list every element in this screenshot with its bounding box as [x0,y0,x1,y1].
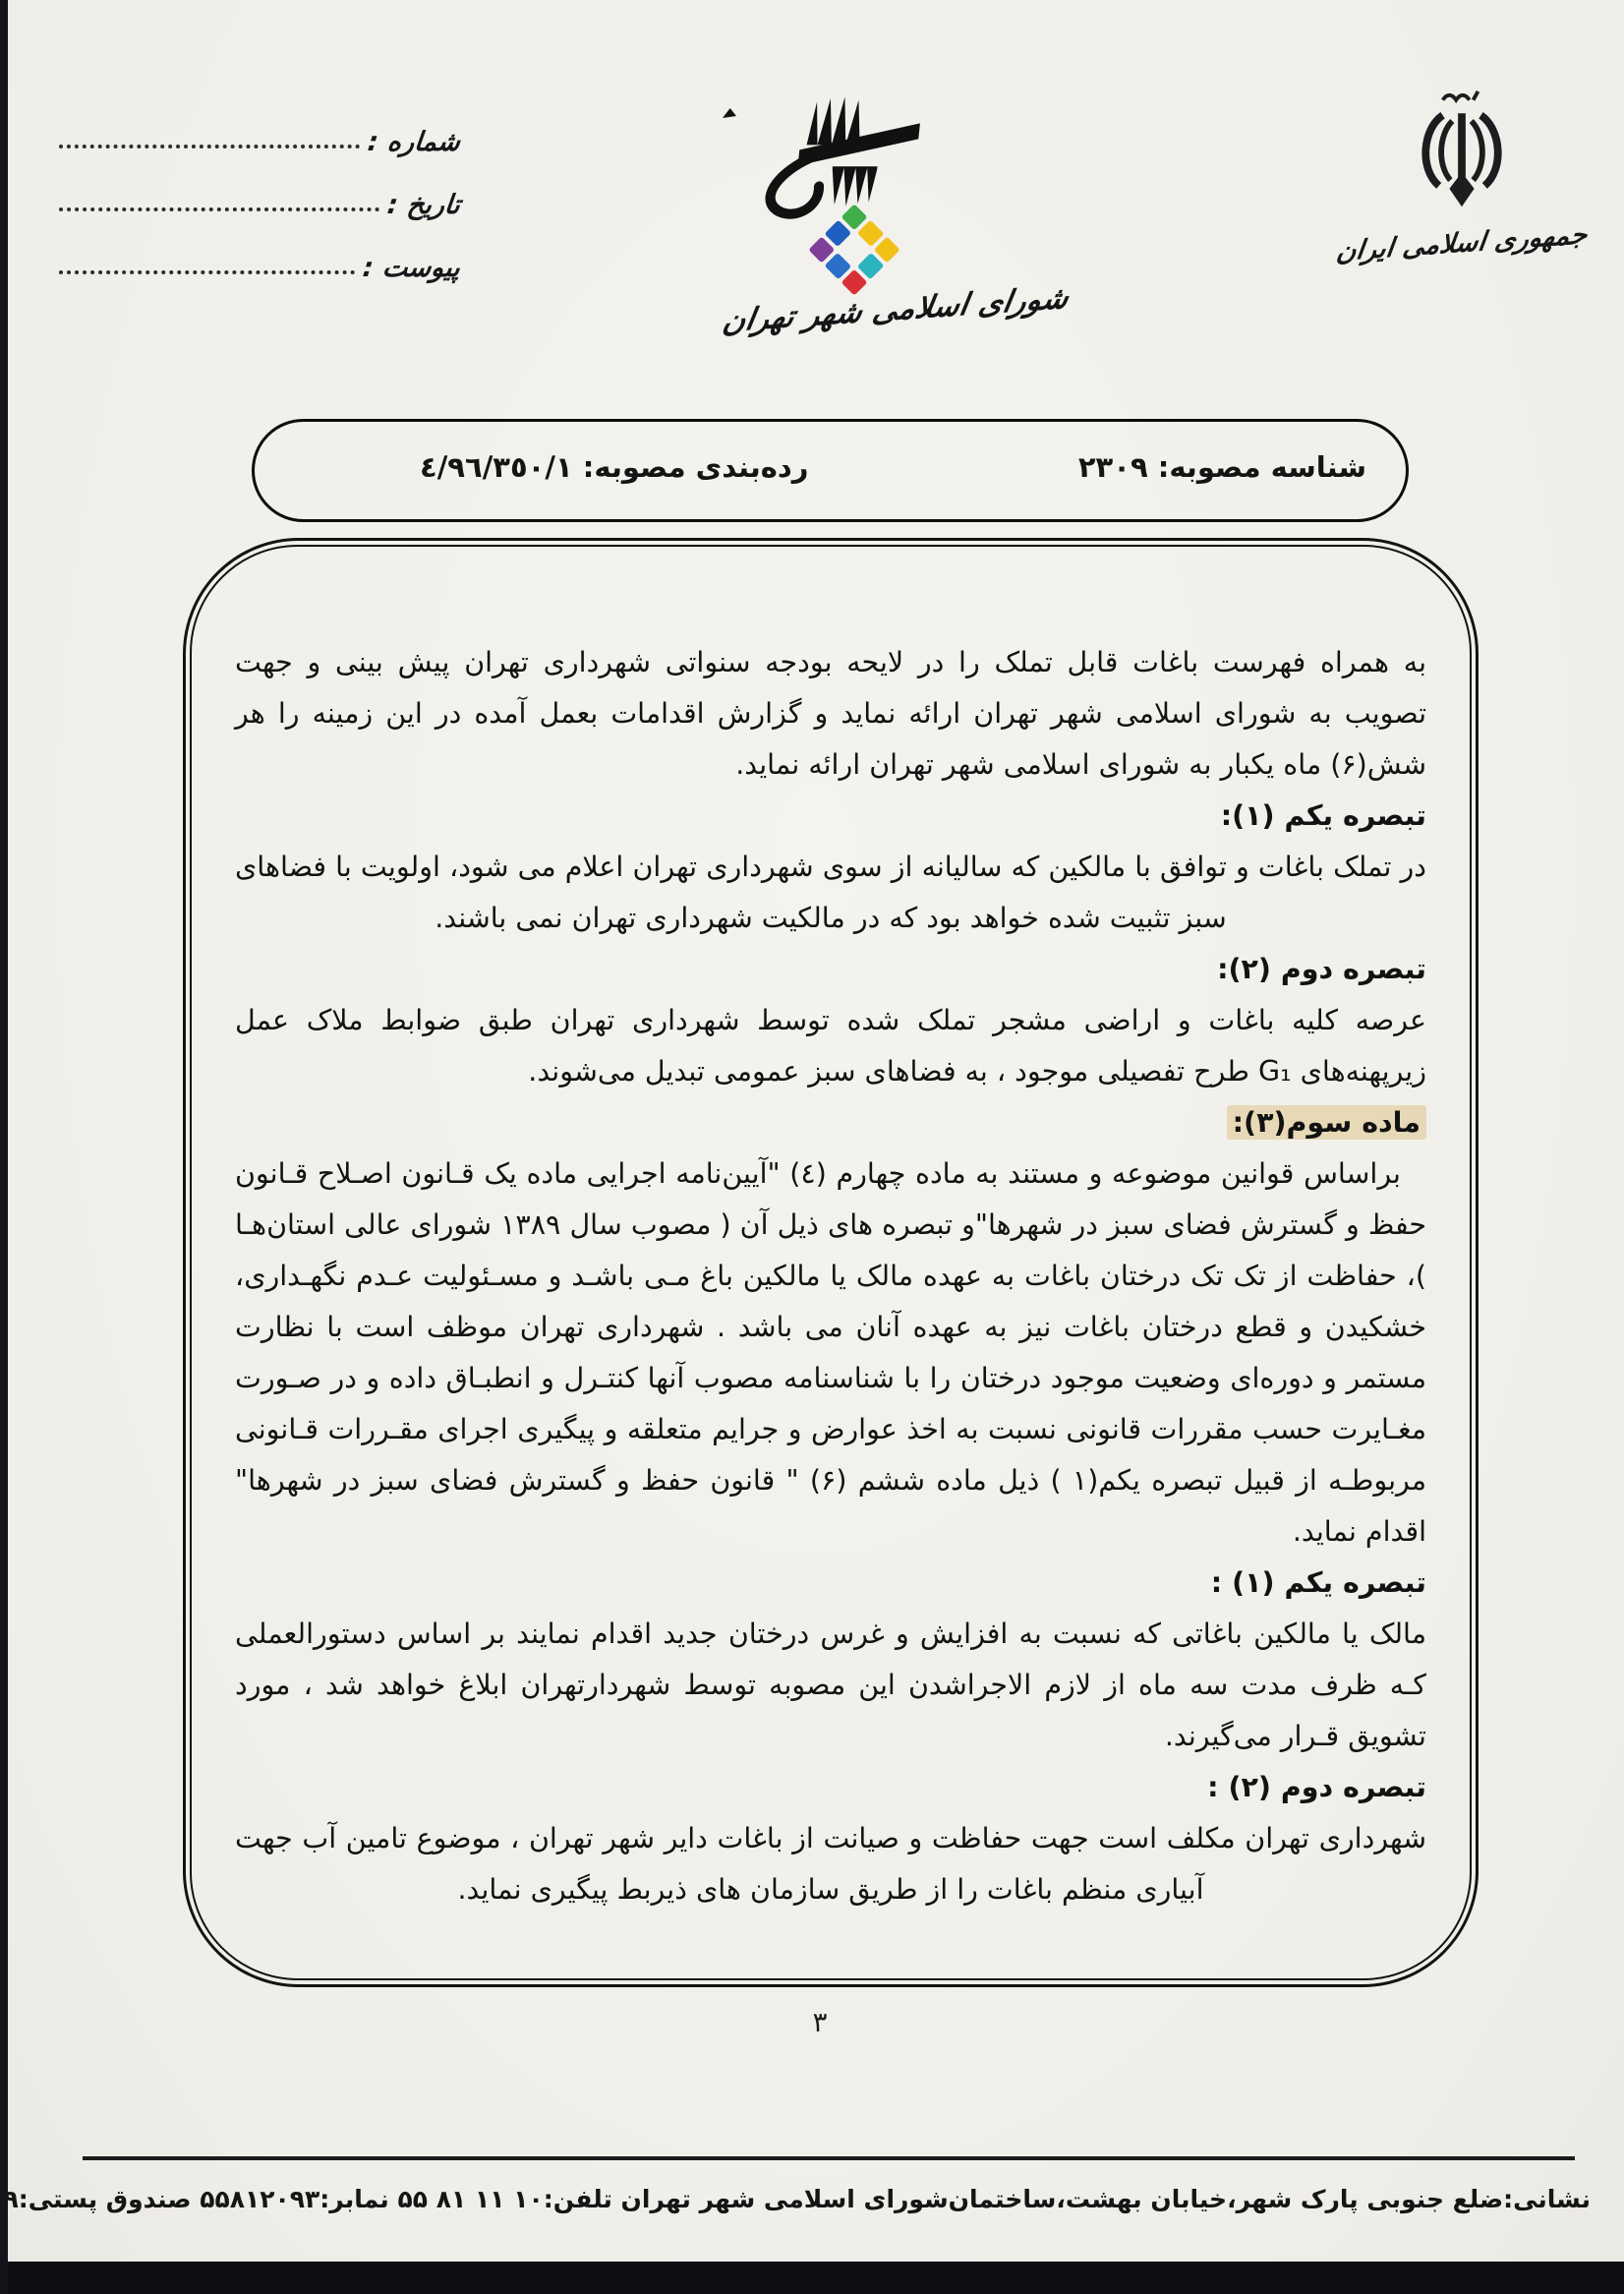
field-dotted-line [59,207,379,211]
resolution-id-bar: شناسه مصوبه: ۲۳۰۹ رده‌بندی مصوبه: ٤/٩٦/٣… [252,419,1409,522]
note-1-heading: تبصره یکم (۱): [235,791,1426,842]
document-body-frame: به همراه فهرست باغات قابل تملک را در لای… [183,538,1479,1987]
field-label-date: تاریخ : [385,190,461,220]
council-logo: شورای اسلامی شهر تهران [724,84,1068,369]
iran-emblem-icon [1404,90,1520,216]
article-3-note-2-heading: تبصره دوم (۲) : [235,1762,1426,1813]
article-3-heading: ماده سوم(۳): [235,1097,1426,1148]
resolution-classification: رده‌بندی مصوبه: ٤/٩٦/٣٥٠/١ [420,450,808,484]
council-logo-mark-icon [751,93,943,226]
article-3-note-2-paragraph: شهرداری تهران مکلف است جهت حفاظت و صیانت… [235,1813,1426,1915]
article-3-heading-highlight: ماده سوم(۳): [1227,1105,1426,1140]
article-3-note-1-paragraph: مالک یا مالکین باغاتی که نسبت به افزایش … [235,1609,1426,1762]
document-body: به همراه فهرست باغات قابل تملک را در لای… [235,637,1426,1915]
note-2-paragraph: عرصه کلیه باغات و اراضی مشجر تملک شده تو… [235,995,1426,1097]
field-row-attachment: پیوست : [59,236,460,299]
note-1-paragraph: در تملک باغات و توافق با مالکین که سالیا… [235,842,1426,944]
field-row-number: شماره : [59,110,460,173]
iran-emblem-caption: جمهوری اسلامی ایران [1330,219,1595,267]
footer-divider [83,2156,1575,2160]
page-number: ٣ [8,2006,1624,2038]
field-label-attachment: پیوست : [361,253,461,283]
article-3-note-1-heading: تبصره یکم (۱) : [235,1558,1426,1609]
field-label-number: شماره : [367,127,462,157]
article-3-paragraph: براساس قوانین موضوعه و مستند به ماده چها… [235,1148,1426,1558]
footer-contact-line: نشانی:ضلع جنوبی پارک شهر،خیابان بهشت،ساخ… [67,2185,1591,2213]
field-dotted-line [59,145,360,148]
document-page: شماره : تاریخ : پیوست : شورای اسلامی شهر… [8,0,1624,2262]
resolution-id: شناسه مصوبه: ۲۳۰۹ [1078,450,1366,484]
council-logo-caption: شورای اسلامی شهر تهران [719,280,1073,339]
note-2-heading: تبصره دوم (۲): [235,944,1426,995]
document-body-frame-inner: به همراه فهرست باغات قابل تملک را در لای… [190,545,1472,1980]
scan-edge-left [0,0,8,2294]
iran-emblem: جمهوری اسلامی ایران [1333,90,1591,307]
field-dotted-line [59,270,355,274]
opening-paragraph: به همراه فهرست باغات قابل تملک را در لای… [235,637,1426,791]
field-row-date: تاریخ : [59,173,460,236]
letterhead-fields: شماره : تاریخ : پیوست : [59,110,460,299]
